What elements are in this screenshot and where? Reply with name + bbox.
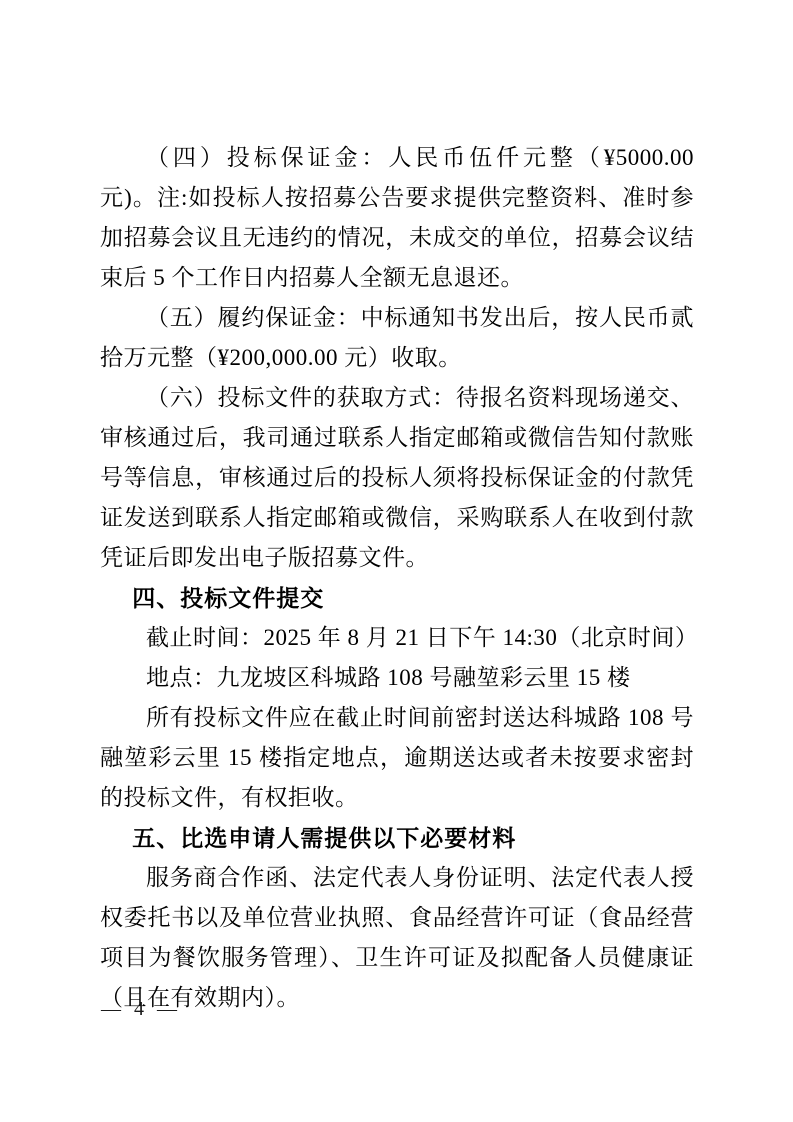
page-number: — 4 — bbox=[101, 997, 181, 1021]
paragraph-delivery-requirement: 所有投标文件应在截止时间前密封送达科城路 108 号融堃彩云里 15 楼指定地点… bbox=[100, 698, 694, 818]
paragraph-materials-list: 服务商合作函、法定代表人身份证明、法定代表人授权委托书以及单位营业执照、食品经营… bbox=[100, 858, 694, 1018]
heading-required-materials: 五、比选申请人需提供以下必要材料 bbox=[100, 818, 694, 858]
paragraph-bid-deposit: （四）投标保证金：人民币伍仟元整（¥5000.00 元)。注:如投标人按招募公告… bbox=[100, 138, 694, 298]
document-body: （四）投标保证金：人民币伍仟元整（¥5000.00 元)。注:如投标人按招募公告… bbox=[100, 138, 694, 1018]
heading-submission: 四、投标文件提交 bbox=[100, 578, 694, 618]
paragraph-performance-bond: （五）履约保证金：中标通知书发出后，按人民币贰拾万元整（¥200,000.00 … bbox=[100, 298, 694, 378]
paragraph-deadline: 截止时间：2025 年 8 月 21 日下午 14:30（北京时间） bbox=[100, 618, 694, 658]
paragraph-location: 地点：九龙坡区科城路 108 号融堃彩云里 15 楼 bbox=[100, 658, 694, 698]
document-page: （四）投标保证金：人民币伍仟元整（¥5000.00 元)。注:如投标人按招募公告… bbox=[0, 0, 793, 1122]
paragraph-obtain-method: （六）投标文件的获取方式：待报名资料现场递交、审核通过后，我司通过联系人指定邮箱… bbox=[100, 378, 694, 578]
